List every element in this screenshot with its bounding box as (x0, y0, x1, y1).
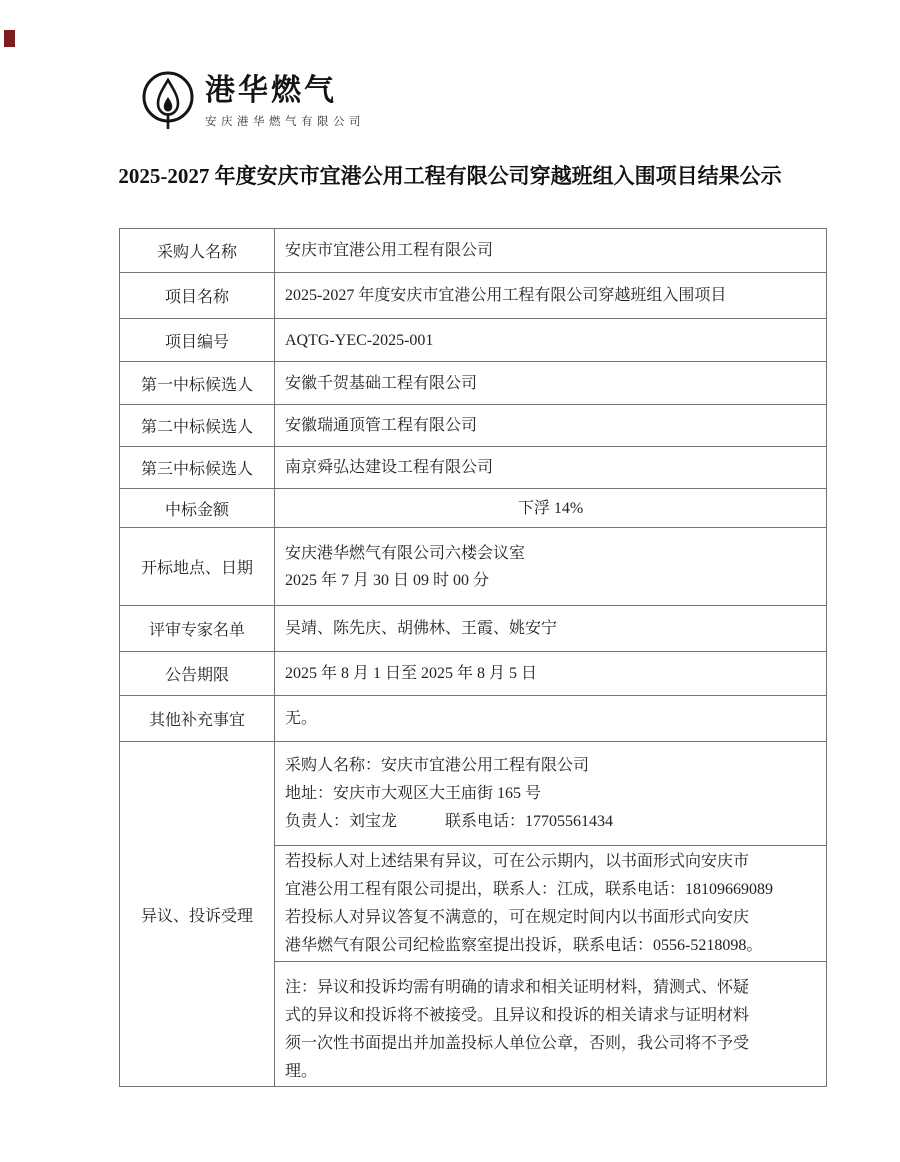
row-label: 采购人名称 (120, 229, 275, 272)
row-value-text: 南京舜弘达建设工程有限公司 (285, 454, 816, 481)
objection-contact-line: 采购人名称：安庆市宜港公用工程有限公司 (285, 752, 816, 780)
logo-brand-name: 港华燃气 (205, 74, 365, 108)
bid-opening-place: 安庆港华燃气有限公司六楼会议室 (285, 540, 816, 567)
row-label: 开标地点、日期 (120, 528, 275, 605)
row-value: 安庆市宜港公用工程有限公司 (275, 229, 826, 272)
result-table: 采购人名称 安庆市宜港公用工程有限公司 项目名称 2025-2027 年度安庆市… (119, 228, 827, 1087)
table-row-purchaser: 采购人名称 安庆市宜港公用工程有限公司 (120, 229, 826, 272)
table-row-project-number: 项目编号 AQTG-YEC-2025-001 (120, 318, 826, 361)
table-row-objection: 异议、投诉受理 采购人名称：安庆市宜港公用工程有限公司 地址：安庆市大观区大王庙… (120, 741, 826, 1086)
logo-company-name: 安庆港华燃气有限公司 (205, 113, 365, 129)
objection-note-line: 式的异议和投诉将不被接受。且异议和投诉的相关请求与证明材料 (285, 1002, 816, 1030)
row-value-text: AQTG-YEC-2025-001 (285, 327, 816, 354)
objection-procedure-line: 宜港公用工程有限公司提出，联系人：江成，联系电话：18109669089 (285, 876, 816, 904)
row-label: 公告期限 (120, 652, 275, 695)
table-row-award-amount: 中标金额 下浮 14% (120, 488, 826, 527)
row-label: 项目名称 (120, 273, 275, 318)
row-label: 中标金额 (120, 489, 275, 527)
row-value-text: 下浮 14% (518, 495, 583, 522)
table-row-candidate-3: 第三中标候选人 南京舜弘达建设工程有限公司 (120, 446, 826, 488)
row-value-text: 吴靖、陈先庆、胡佛林、王霞、姚安宁 (285, 615, 816, 642)
row-label: 第二中标候选人 (120, 405, 275, 446)
row-value: 安徽瑞通顶管工程有限公司 (275, 405, 826, 446)
objection-note-line: 须一次性书面提出并加盖投标人单位公章，否则，我公司将不予受 (285, 1030, 816, 1058)
table-row-candidate-1: 第一中标候选人 安徽千贺基础工程有限公司 (120, 361, 826, 404)
objection-contact-line: 地址：安庆市大观区大王庙街 165 号 (285, 780, 816, 808)
row-label: 评审专家名单 (120, 606, 275, 651)
company-logo: 港华燃气 安庆港华燃气有限公司 (141, 70, 365, 132)
document-page: 港华燃气 安庆港华燃气有限公司 2025-2027 年度安庆市宜港公用工程有限公… (0, 0, 900, 1162)
table-row-notice-period: 公告期限 2025 年 8 月 1 日至 2025 年 8 月 5 日 (120, 651, 826, 695)
row-value: 安庆港华燃气有限公司六楼会议室 2025 年 7 月 30 日 09 时 00 … (275, 528, 826, 605)
bid-opening-datetime: 2025 年 7 月 30 日 09 时 00 分 (285, 567, 816, 594)
row-value-text: 安庆市宜港公用工程有限公司 (285, 237, 816, 264)
row-value: 无。 (275, 696, 826, 741)
table-row-other-matters: 其他补充事宜 无。 (120, 695, 826, 741)
logo-text-block: 港华燃气 安庆港华燃气有限公司 (205, 70, 365, 129)
row-value: 2025 年 8 月 1 日至 2025 年 8 月 5 日 (275, 652, 826, 695)
row-label: 第三中标候选人 (120, 447, 275, 488)
table-row-bid-opening: 开标地点、日期 安庆港华燃气有限公司六楼会议室 2025 年 7 月 30 日 … (120, 527, 826, 605)
objection-procedure-cell: 若投标人对上述结果有异议，可在公示期内，以书面形式向安庆市 宜港公用工程有限公司… (275, 845, 826, 961)
objection-procedure-line: 港华燃气有限公司纪检监察室提出投诉，联系电话：0556-5218098。 (285, 932, 816, 960)
objection-procedure-line: 若投标人对异议答复不满意的，可在规定时间内以书面形式向安庆 (285, 904, 816, 932)
table-row-experts: 评审专家名单 吴靖、陈先庆、胡佛林、王霞、姚安宁 (120, 605, 826, 651)
row-value: AQTG-YEC-2025-001 (275, 319, 826, 361)
row-label: 第一中标候选人 (120, 362, 275, 404)
table-row-project-name: 项目名称 2025-2027 年度安庆市宜港公用工程有限公司穿越班组入围项目 (120, 272, 826, 318)
corner-red-mark (4, 30, 15, 47)
row-value-text: 无。 (285, 705, 816, 732)
row-value: 下浮 14% (275, 489, 826, 527)
objection-content: 采购人名称：安庆市宜港公用工程有限公司 地址：安庆市大观区大王庙街 165 号 … (275, 742, 826, 1086)
row-label: 其他补充事宜 (120, 696, 275, 741)
objection-contact-line: 负责人：刘宝龙 联系电话：17705561434 (285, 808, 816, 836)
objection-note-cell: 注：异议和投诉均需有明确的请求和相关证明材料，猜测式、怀疑 式的异议和投诉将不被… (275, 961, 826, 1086)
row-value: 吴靖、陈先庆、胡佛林、王霞、姚安宁 (275, 606, 826, 651)
row-label: 异议、投诉受理 (120, 742, 275, 1086)
objection-note-line: 理。 (285, 1058, 816, 1086)
row-value-text: 安徽千贺基础工程有限公司 (285, 370, 816, 397)
row-value: 安徽千贺基础工程有限公司 (275, 362, 826, 404)
objection-procedure-line: 若投标人对上述结果有异议，可在公示期内，以书面形式向安庆市 (285, 848, 816, 876)
row-value-text: 2025 年 8 月 1 日至 2025 年 8 月 5 日 (285, 660, 816, 687)
page-title: 2025-2027 年度安庆市宜港公用工程有限公司穿越班组入围项目结果公示 (0, 160, 900, 190)
objection-note-line: 注：异议和投诉均需有明确的请求和相关证明材料，猜测式、怀疑 (285, 974, 816, 1002)
objection-contact-cell: 采购人名称：安庆市宜港公用工程有限公司 地址：安庆市大观区大王庙街 165 号 … (275, 742, 826, 845)
table-row-candidate-2: 第二中标候选人 安徽瑞通顶管工程有限公司 (120, 404, 826, 446)
row-value-text: 安徽瑞通顶管工程有限公司 (285, 412, 816, 439)
row-value: 2025-2027 年度安庆市宜港公用工程有限公司穿越班组入围项目 (275, 273, 826, 318)
row-label: 项目编号 (120, 319, 275, 361)
gas-flame-circle-icon (141, 70, 197, 132)
row-value-text: 2025-2027 年度安庆市宜港公用工程有限公司穿越班组入围项目 (285, 282, 816, 309)
row-value: 南京舜弘达建设工程有限公司 (275, 447, 826, 488)
